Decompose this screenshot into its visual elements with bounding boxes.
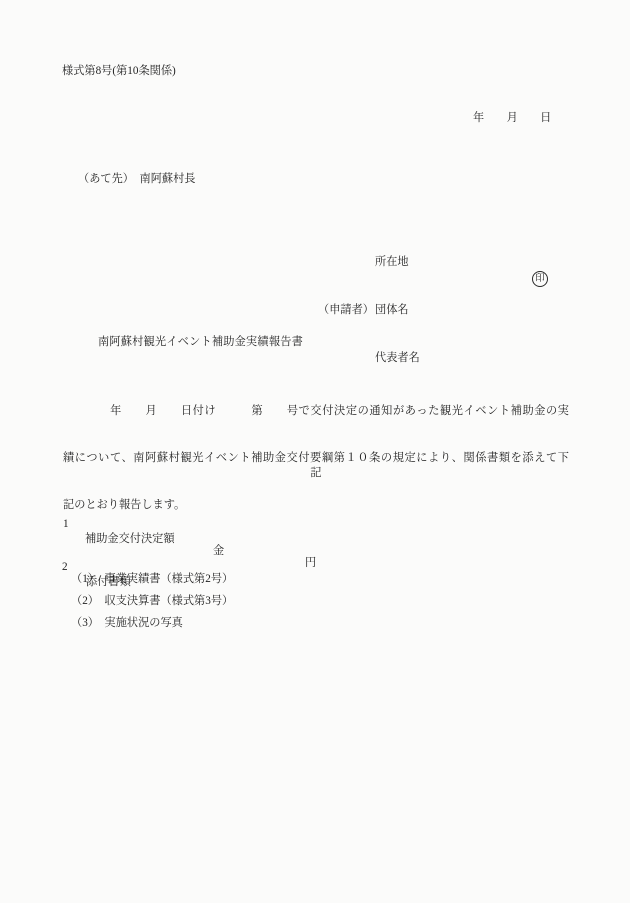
item-1-number: 1: [63, 518, 69, 530]
attachment-item: （3） 実施状況の写真: [71, 614, 471, 630]
item-1-row: 1 補助金交付決定額 金 円: [63, 506, 463, 522]
date-blank-line: 年 月 日: [473, 109, 551, 125]
attachment-item: （1） 事業実績書（様式第2号）: [71, 570, 471, 586]
applicant-representative-label: 代表者名: [375, 351, 420, 365]
form-number: 様式第8号(第10条関係): [62, 62, 176, 78]
document-page: 様式第8号(第10条関係) 年 月 日 （あて先） 南阿蘇村長 所在地 （申請者…: [0, 0, 630, 903]
item-2-number: 2: [62, 561, 68, 573]
section-marker-ki: 記: [63, 464, 569, 480]
applicant-block: 所在地 （申請者） 団体名 代表者名: [318, 231, 578, 399]
item-2-row: 2 添付書類: [62, 549, 362, 565]
applicant-address-label: 所在地: [375, 255, 409, 269]
seal-mark: 印: [532, 271, 548, 287]
attachment-item: （2） 収支決算書（様式第3号）: [71, 592, 471, 608]
body-line: 年 月 日付け 第 号で交付決定の通知があった観光イベント補助金の実: [63, 400, 569, 423]
item-1-label: 補助金交付決定額: [85, 530, 175, 546]
applicant-representative-row: 代表者名: [318, 351, 578, 375]
applicant-label: （申請者）: [318, 303, 374, 317]
applicant-organization-row: （申請者） 団体名: [318, 303, 578, 327]
addressee-line: （あて先） 南阿蘇村長: [78, 170, 195, 186]
applicant-organization-label: 団体名: [375, 303, 409, 317]
document-title: 南阿蘇村観光イベント補助金実績報告書: [98, 333, 303, 349]
